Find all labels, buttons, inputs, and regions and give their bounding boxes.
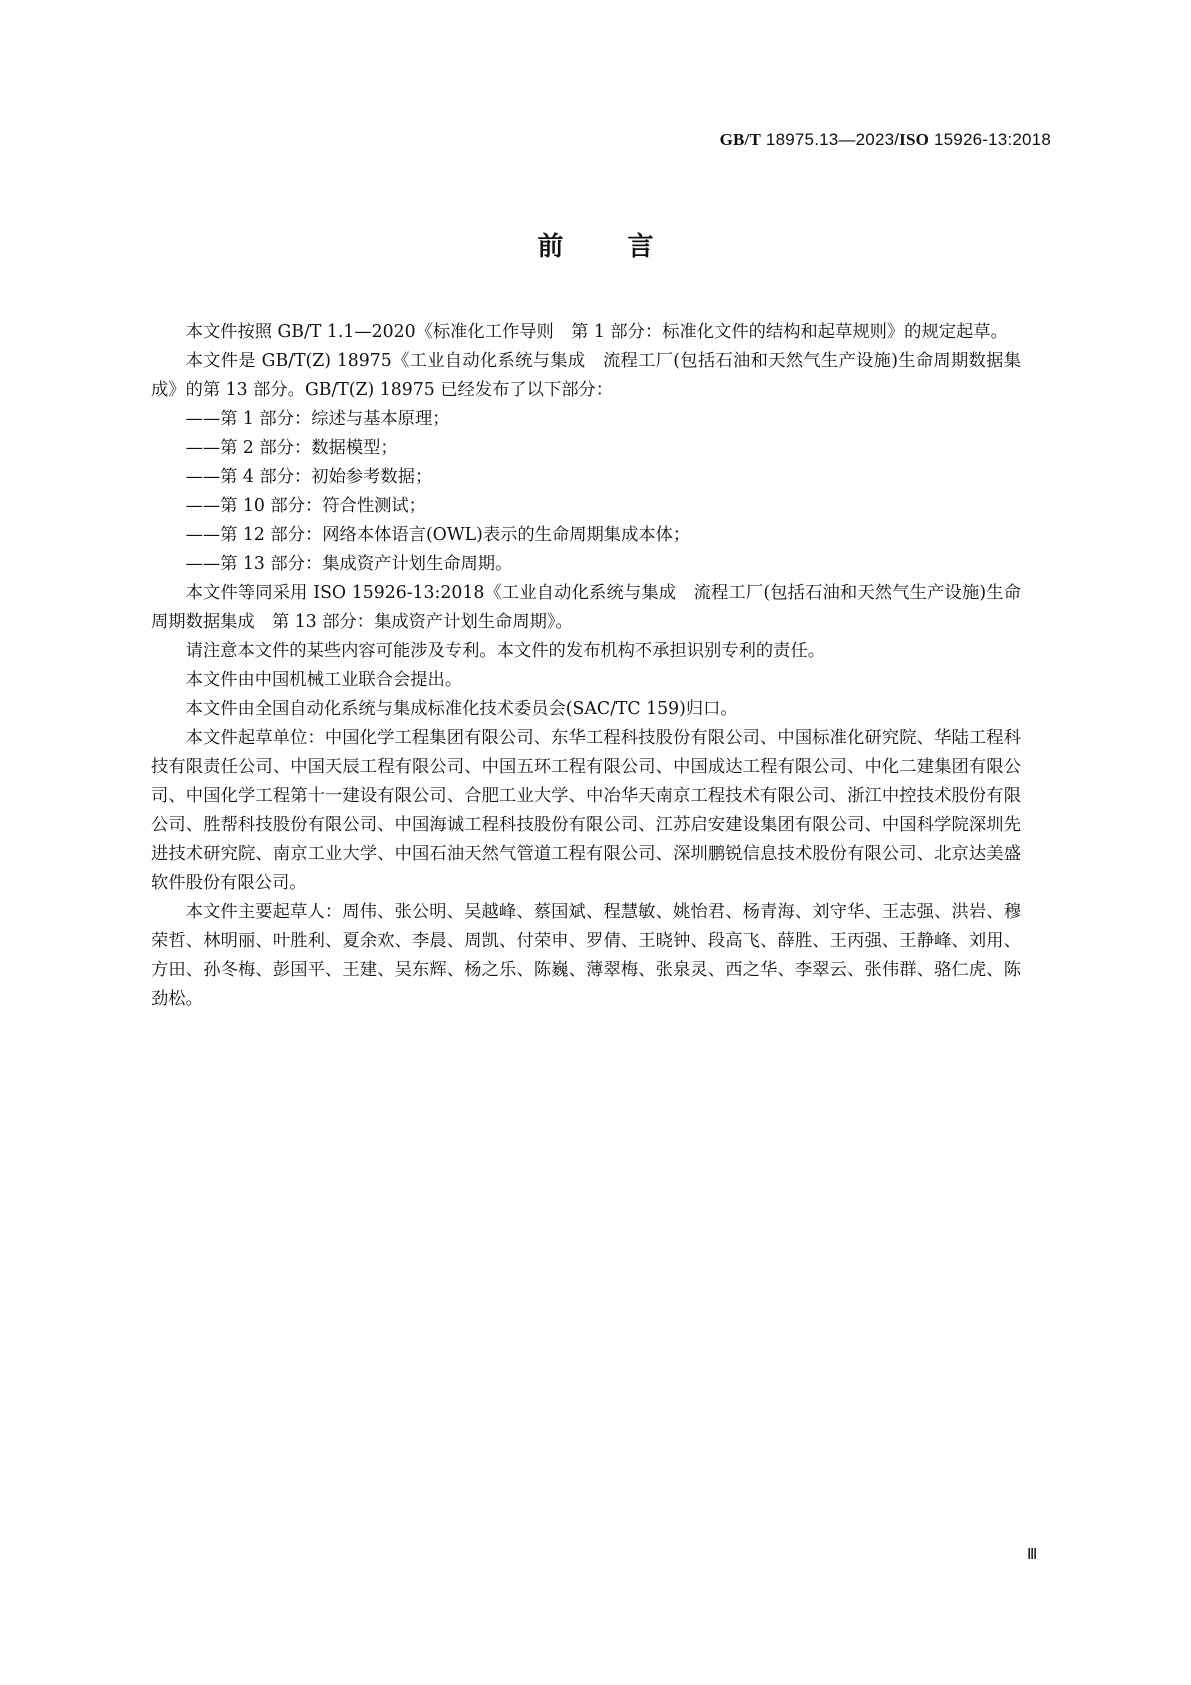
list-item-part: ——第 10 部分：符合性测试； [151, 492, 1021, 521]
standard-number: 18975.13—2023/ [761, 130, 899, 149]
page-title: 前言 [0, 226, 1191, 263]
paragraph-drafting-organizations: 本文件起草单位：中国化学工程集团有限公司、东华工程科技股份有限公司、中国标准化研… [151, 724, 1021, 898]
title-char-1: 前 [537, 226, 563, 263]
standard-prefix: GB/T [720, 130, 761, 149]
list-item-part: ——第 12 部分：网络本体语言(OWL)表示的生命周期集成本体； [151, 521, 1021, 550]
document-header: GB/T 18975.13—2023/ISO 15926-13:2018 [720, 130, 1051, 150]
list-item-part: ——第 4 部分：初始参考数据； [151, 463, 1021, 492]
paragraph-series-intro: 本文件是 GB/T(Z) 18975《工业自动化系统与集成 流程工厂(包括石油和… [151, 347, 1021, 405]
paragraph-iso-adoption: 本文件等同采用 ISO 15926-13:2018《工业自动化系统与集成 流程工… [151, 579, 1021, 637]
page-number: Ⅲ [1027, 1545, 1037, 1564]
list-item-part: ——第 13 部分：集成资产计划生命周期。 [151, 550, 1021, 579]
paragraph-drafters: 本文件主要起草人：周伟、张公明、吴越峰、蔡国斌、程慧敏、姚怡君、杨青海、刘守华、… [151, 898, 1021, 1014]
paragraph-administered-by: 本文件由全国自动化系统与集成标准化技术委员会(SAC/TC 159)归口。 [151, 695, 1021, 724]
iso-number: 15926-13:2018 [929, 130, 1051, 149]
foreword-body: 本文件按照 GB/T 1.1—2020《标准化工作导则 第 1 部分：标准化文件… [151, 318, 1021, 1014]
paragraph-drafting-rules: 本文件按照 GB/T 1.1—2020《标准化工作导则 第 1 部分：标准化文件… [151, 318, 1021, 347]
paragraph-proposed-by: 本文件由中国机械工业联合会提出。 [151, 666, 1021, 695]
paragraph-patent-notice: 请注意本文件的某些内容可能涉及专利。本文件的发布机构不承担识别专利的责任。 [151, 637, 1021, 666]
list-item-part: ——第 1 部分：综述与基本原理； [151, 405, 1021, 434]
iso-prefix: ISO [899, 130, 929, 149]
title-char-2: 言 [628, 226, 654, 263]
list-item-part: ——第 2 部分：数据模型； [151, 434, 1021, 463]
